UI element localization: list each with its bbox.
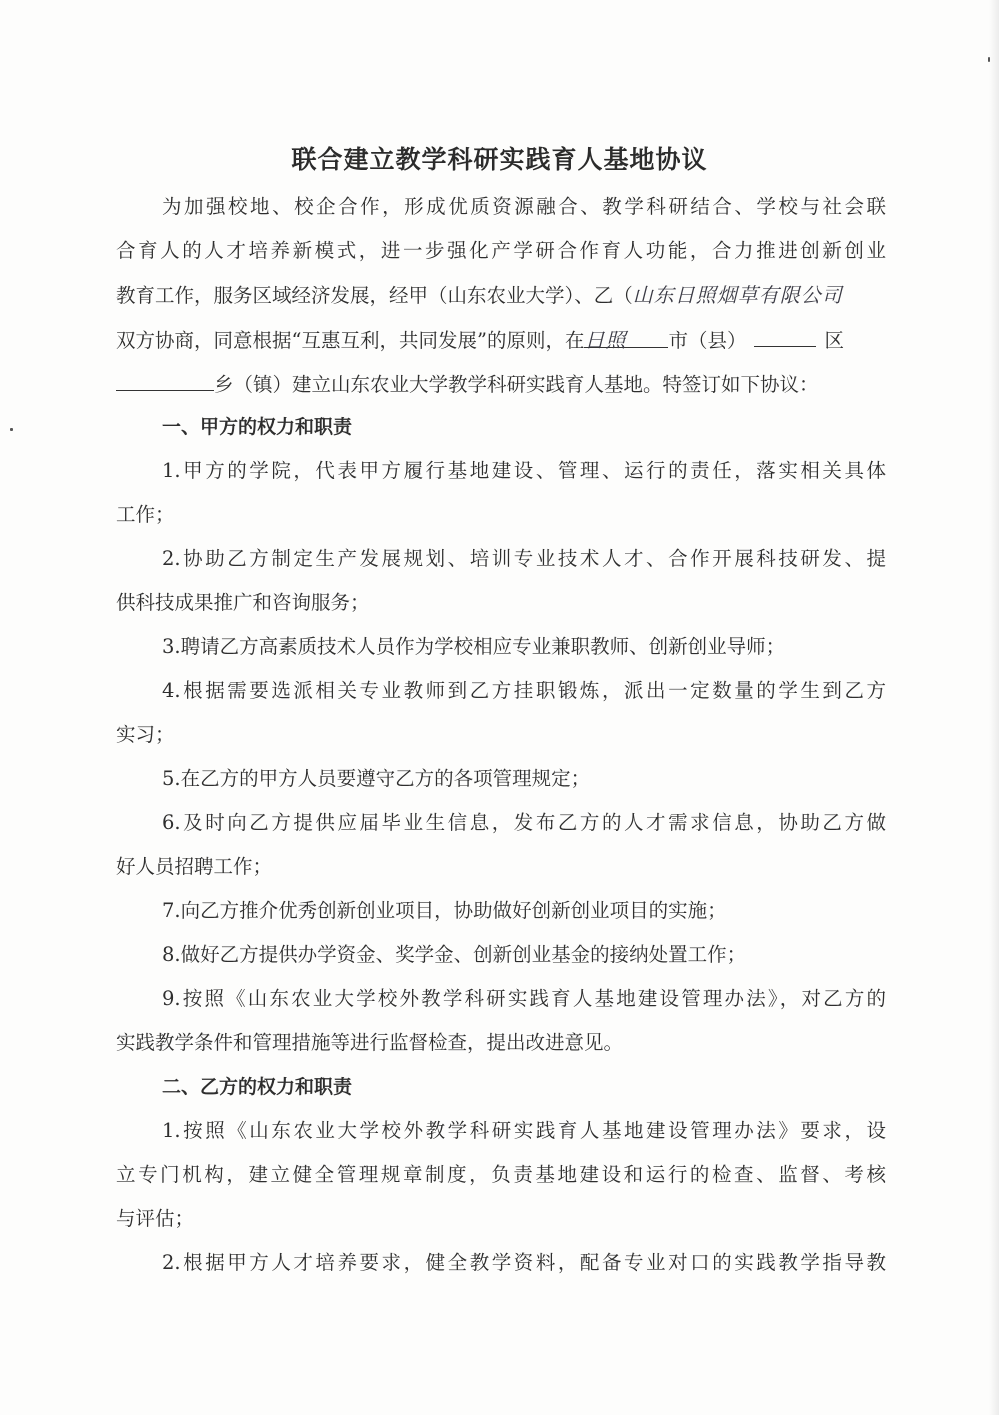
s2-item-2-line-1: 2.根据甲方人才培养要求，健全教学资料，配备专业对口的实践教学指导教 [162, 1250, 886, 1276]
intro-line-5-text: 乡（镇）建立山东农业大学教学科研实践育人基地。特签订如下协议： [214, 373, 819, 396]
section-1-heading: 一、甲方的权力和职责 [162, 414, 886, 440]
scan-speck [988, 57, 990, 62]
scan-edge-shadow [989, 0, 999, 1415]
intro-line-3-text: 教育工作，服务区域经济发展，经甲（山东农业大学）、乙（ [116, 284, 633, 307]
city-suffix: 市（县） [668, 329, 746, 352]
s1-item-3: 3.聘请乙方高素质技术人员作为学校相应专业兼职教师、创新创业导师； [162, 634, 886, 660]
scan-speck [10, 428, 13, 431]
intro-line-5: 乡（镇）建立山东农业大学教学科研实践育人基地。特签订如下协议： [116, 370, 886, 398]
s1-item-2-line-2: 供科技成果推广和咨询服务； [116, 590, 886, 616]
section-2-heading: 二、乙方的权力和职责 [162, 1074, 886, 1100]
intro-line-3: 教育工作，服务区域经济发展，经甲（山东农业大学）、乙（山东日照烟草有限公司 [116, 282, 886, 309]
s1-item-6-line-1: 6.及时向乙方提供应届毕业生信息，发布乙方的人才需求信息，协助乙方做 [162, 810, 886, 836]
s2-item-1-line-1: 1.按照《山东农业大学校外教学科研实践育人基地建设管理办法》要求，设 [162, 1118, 886, 1144]
s2-item-1-line-2: 立专门机构，建立健全管理规章制度，负责基地建设和运行的检查、监督、考核 [116, 1162, 886, 1188]
city-field: 日照 [584, 327, 668, 348]
district-field [754, 326, 816, 347]
intro-line-1: 为加强校地、校企合作，形成优质资源融合、教学科研结合、学校与社会联 [162, 194, 886, 220]
intro-line-4: 双方协商，同意根据“互惠互利，共同发展”的原则，在日照市（县）区 [116, 326, 886, 354]
s1-item-9-line-1: 9.按照《山东农业大学校外教学科研实践育人基地建设管理办法》，对乙方的 [162, 986, 886, 1012]
s1-item-8: 8.做好乙方提供办学资金、奖学金、创新创业基金的接纳处置工作； [162, 942, 886, 968]
s2-item-1-line-3: 与评估； [116, 1206, 886, 1232]
city-handwritten: 日照 [584, 328, 626, 352]
s1-item-2-line-1: 2.协助乙方制定生产发展规划、培训专业技术人才、合作开展科技研发、提 [162, 546, 886, 572]
district-suffix: 区 [824, 329, 844, 352]
s1-item-9-line-2: 实践教学条件和管理措施等进行监督检查，提出改进意见。 [116, 1030, 886, 1056]
party-b-handwritten: 山东日照烟草有限公司 [633, 283, 843, 307]
township-field [116, 370, 214, 391]
s1-item-1-line-1: 1.甲方的学院，代表甲方履行基地建设、管理、运行的责任，落实相关具体 [162, 458, 886, 484]
scanned-page: 联合建立教学科研实践育人基地协议 为加强校地、校企合作，形成优质资源融合、教学科… [0, 0, 999, 1415]
s1-item-5: 5.在乙方的甲方人员要遵守乙方的各项管理规定； [162, 766, 886, 792]
s1-item-6-line-2: 好人员招聘工作； [116, 854, 886, 880]
intro-line-2: 合育人的人才培养新模式，进一步强化产学研合作育人功能，合力推进创新创业 [116, 238, 886, 264]
s1-item-4-line-1: 4.根据需要选派相关专业教师到乙方挂职锻炼，派出一定数量的学生到乙方 [162, 678, 886, 704]
s1-item-4-line-2: 实习； [116, 722, 886, 748]
document-title: 联合建立教学科研实践育人基地协议 [0, 140, 999, 176]
intro-line-4-text: 双方协商，同意根据“互惠互利，共同发展”的原则，在 [116, 329, 584, 352]
s1-item-7: 7.向乙方推介优秀创新创业项目，协助做好创新创业项目的实施； [162, 898, 886, 924]
s1-item-1-line-2: 工作； [116, 502, 886, 528]
